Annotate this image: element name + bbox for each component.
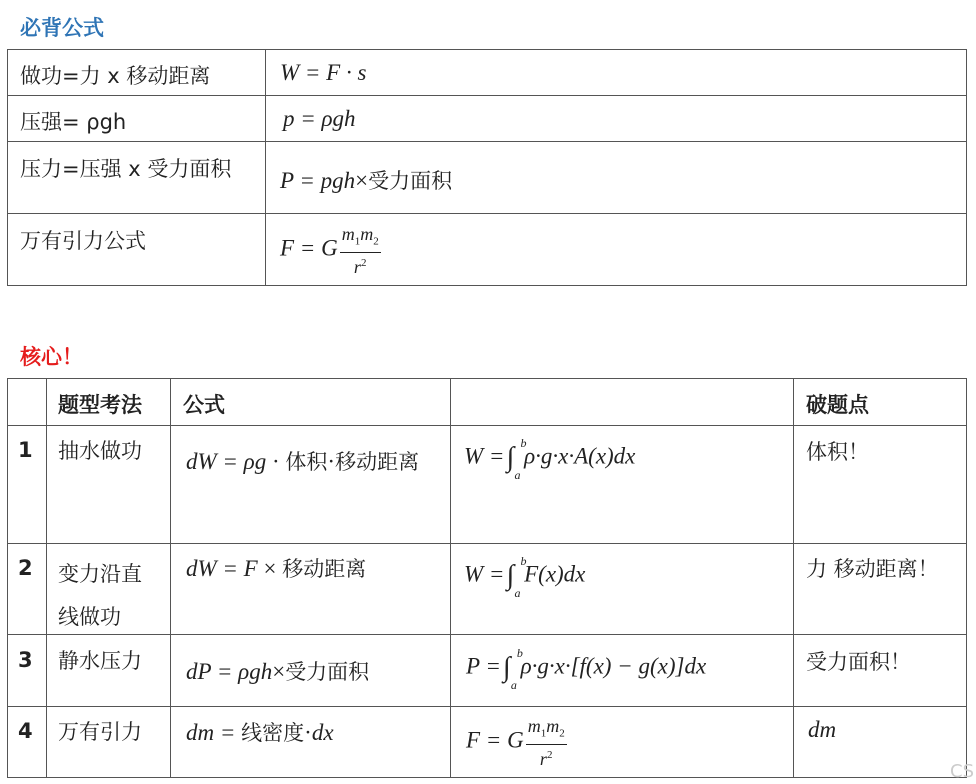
row-number: 2: [18, 556, 33, 580]
divider: [7, 213, 967, 214]
divider: [7, 95, 967, 96]
key-point: 体积！: [806, 436, 869, 466]
divider: [7, 543, 967, 544]
problem-type: 万有引力: [58, 716, 142, 746]
integral-formula: F = Gm1m2r2: [466, 716, 567, 769]
key-point: dm: [808, 717, 836, 743]
row-label-gravitation: 万有引力公式: [20, 225, 146, 255]
problem-type: 抽水做功: [58, 435, 142, 465]
problem-type: 变力沿直线做功: [58, 553, 168, 639]
row-number: 1: [18, 438, 33, 462]
divider: [7, 425, 967, 426]
key-point: 力 移动距离！: [806, 553, 939, 583]
header-formula: 公式: [183, 389, 225, 419]
row-label-pressure: 压强= ρgh: [20, 106, 126, 136]
problem-type: 静水压力: [58, 645, 142, 675]
divider: [170, 378, 171, 778]
key-point: 受力面积！: [806, 646, 911, 676]
divider: [265, 49, 266, 286]
header-key-point: 破题点: [806, 389, 869, 419]
integral-formula: W =∫baρ·g·x·A(x)dx: [464, 442, 635, 474]
integral-formula: P =∫baρ·g·x·[f(x) − g(x)]dx: [466, 652, 706, 684]
differential-formula: dm = 线密度·dx: [186, 717, 334, 747]
formula-gravitation: F = Gm1m2r2: [280, 224, 381, 277]
row-number: 4: [18, 719, 33, 743]
divider: [46, 378, 47, 778]
divider: [7, 141, 967, 142]
formula-work: W = F · s: [280, 60, 366, 86]
differential-formula: dP = ρgh×受力面积: [186, 656, 369, 686]
header-type: 题型考法: [58, 389, 142, 419]
differential-formula: dW = F × 移动距离: [186, 553, 366, 583]
watermark: CS: [950, 761, 974, 782]
row-label-work: 做功=力 x 移动距离: [20, 60, 210, 90]
row-number: 3: [18, 648, 33, 672]
formula-force: P = pgh×受力面积: [280, 165, 452, 195]
section-title-must-memorize: 必背公式: [20, 12, 104, 42]
integral-formula: W =∫baF(x)dx: [464, 560, 585, 592]
divider: [7, 706, 967, 707]
differential-formula: dW = ρg · 体积·移动距离: [186, 446, 419, 476]
formula-pressure: p = ρgh: [283, 106, 356, 132]
divider: [793, 378, 794, 778]
divider: [450, 378, 451, 778]
section-title-core: 核心！: [20, 341, 83, 371]
row-label-force: 压力=压强 x 受力面积: [20, 153, 231, 183]
